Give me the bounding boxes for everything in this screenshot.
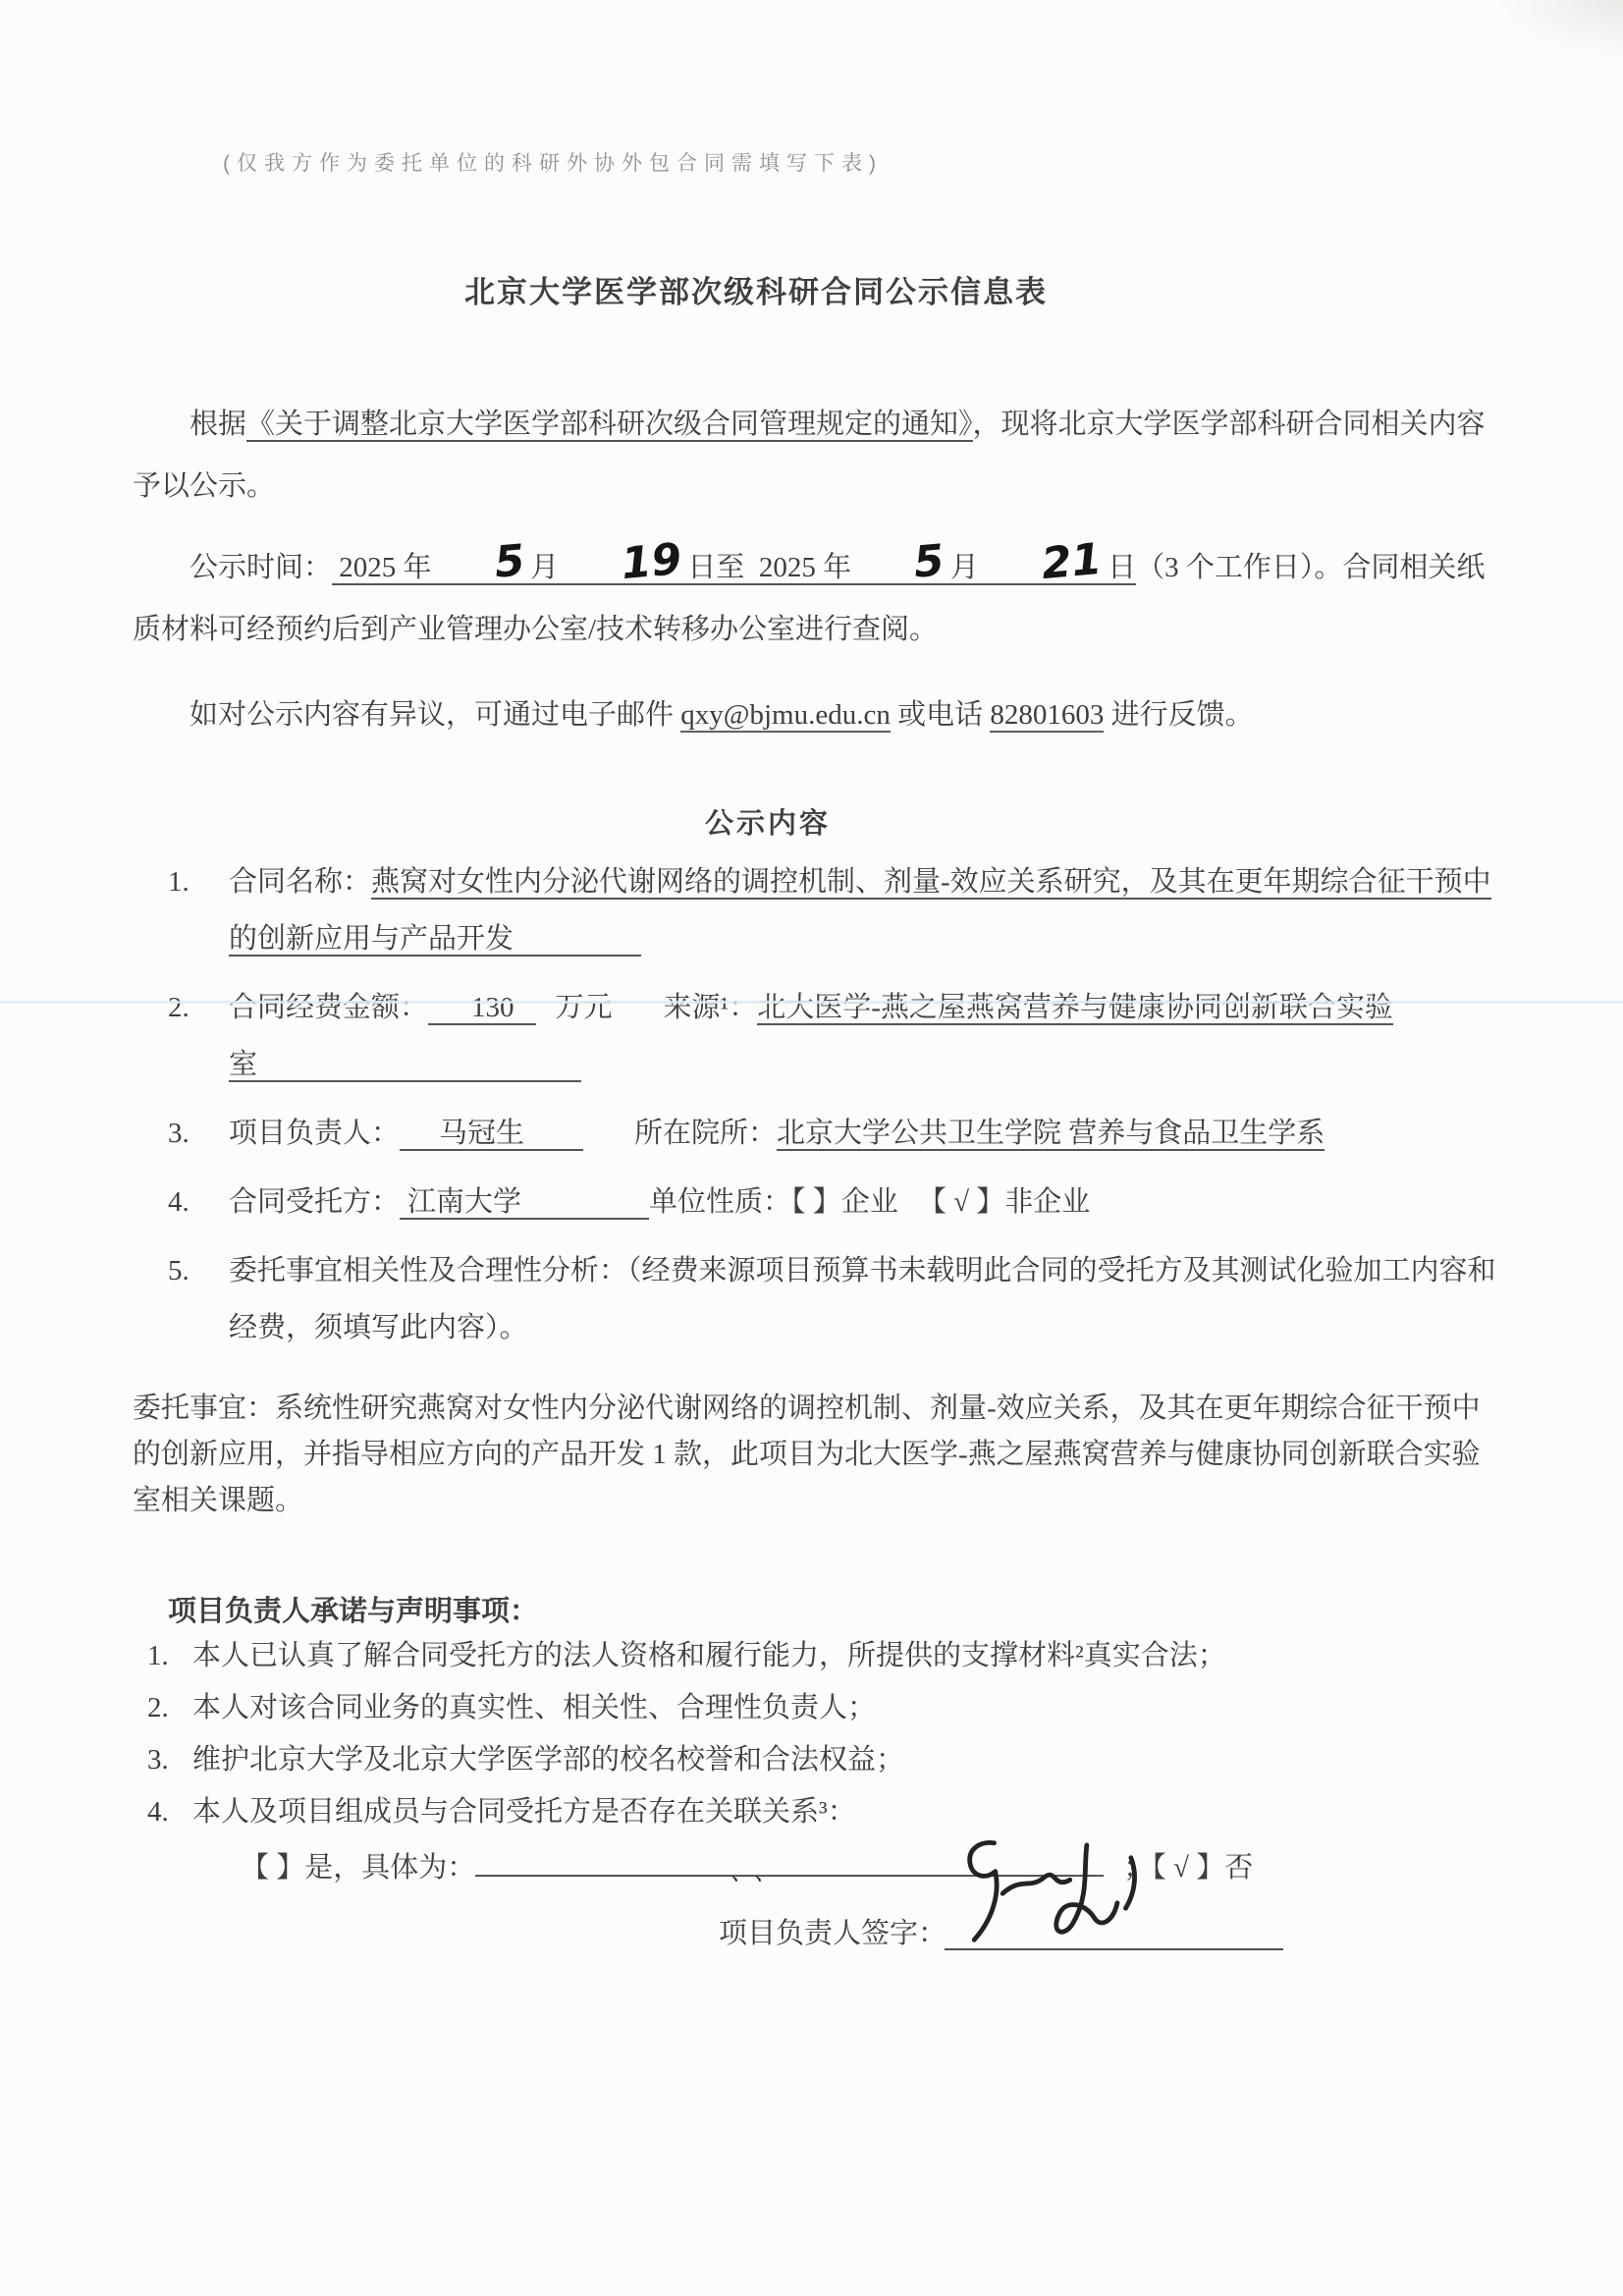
notice-reference: 《关于调整北京大学医学部科研次级合同管理规定的通知》 (246, 409, 973, 442)
declaration-item: 4. 本人及项目组成员与合同受托方是否存在关联关系³： (133, 1786, 1505, 1837)
entrust-paragraph: 委托事宜：系统性研究燕窝对女性内分泌代谢网络的调控机制、剂量-效应关系，及其在更… (133, 1386, 1505, 1524)
contract-name-value: 燕窝对女性内分泌代谢网络的调控机制、剂量-效应关系研究，及其在更年期综合征干预中… (229, 866, 1491, 957)
item-body: 合同受托方：江南大学单位性质：【 】企业【 √ 】非企业 (229, 1174, 1505, 1230)
trustee-label: 合同受托方： (229, 1186, 400, 1218)
form-scope-note: (仅我方作为委托单位的科研外协外包合同需填写下表) (223, 147, 1505, 177)
declaration-item: 3. 维护北京大学及北京大学医学部的校名校誉和合法权益； (133, 1734, 1505, 1785)
signature-handwriting (937, 1832, 1212, 1950)
intro-lead: 根据 (189, 409, 246, 440)
feedback-phone: 82801603 (990, 699, 1104, 733)
contract-name-label: 合同名称： (229, 866, 371, 898)
start-year: 2025 年 (339, 552, 431, 583)
end-day-handwritten: 21 (979, 559, 1108, 570)
signature-label: 项目负责人签字： (719, 1911, 947, 1951)
item-number: 3. (133, 1105, 229, 1162)
form-title: 北京大学医学部次级科研合同公示信息表 (70, 267, 1442, 311)
feedback-line: 如对公示内容有异议，可通过电子邮件 qxy@bjmu.edu.cn 或电话 82… (133, 684, 1505, 746)
item-trustee: 4. 合同受托方：江南大学单位性质：【 】企业【 √ 】非企业 (133, 1174, 1505, 1230)
pi-name-value: 马冠生 (400, 1118, 583, 1151)
trustee-value: 江南大学 (400, 1186, 649, 1220)
item-number: 4. (133, 1174, 229, 1230)
yes-label: 是，具体为： (304, 1852, 475, 1884)
period-start-date: 2025 年5月19日至 (332, 552, 744, 585)
item-principal-investigator: 3. 项目负责人：马冠生所在院所：北京大学公共卫生学院 营养与食品卫生学系 (133, 1105, 1505, 1162)
pi-label: 项目负责人： (229, 1118, 400, 1149)
handwritten-marks: 、、 (730, 1852, 789, 1886)
enterprise-option-label: 企业 (841, 1186, 898, 1218)
non-enterprise-option-label: 非企业 (1004, 1186, 1090, 1218)
start-day-handwritten: 19 (559, 559, 687, 570)
yes-checkbox: 【 】 (241, 1852, 304, 1884)
declaration-heading: 项目负责人承诺与声明事项： (133, 1589, 1505, 1629)
declaration-text: 维护北京大学及北京大学医学部的校名校誉和合法权益； (192, 1734, 904, 1785)
end-month-handwritten: 5 (851, 561, 949, 570)
pi-dept-label: 所在院所： (634, 1118, 777, 1149)
non-enterprise-checkbox-checked: 【 √ 】 (918, 1186, 1004, 1218)
item-number: 4. (133, 1786, 192, 1837)
signature-block: 、、 项目负责人签字： (719, 1838, 1347, 1986)
section-heading: 公示内容 (81, 801, 1454, 842)
item-analysis: 5. 委托事宜相关性及合理性分析：（经费来源项目预算书未载明此合同的受托方及其测… (133, 1242, 1505, 1356)
nature-label: 单位性质： (649, 1186, 791, 1218)
scanned-form-page: (仅我方作为委托单位的科研外协外包合同需填写下表) 北京大学医学部次级科研合同公… (0, 0, 1623, 2296)
funding-source-label: 来源¹： (664, 992, 758, 1023)
funding-unit: 万元 (556, 992, 613, 1023)
declaration-text: 本人对该合同业务的真实性、相关性、合理性负责人； (192, 1682, 876, 1733)
item-body: 项目负责人：马冠生所在院所：北京大学公共卫生学院 营养与食品卫生学系 (229, 1105, 1505, 1162)
scan-artifact-line (0, 1001, 1623, 1004)
item-contract-name: 1. 合同名称：燕窝对女性内分泌代谢网络的调控机制、剂量-效应关系研究，及其在更… (133, 853, 1505, 967)
start-month-label: 月 (530, 552, 559, 583)
analysis-text: 委托事宜相关性及合理性分析：（经费来源项目预算书未载明此合同的受托方及其测试化验… (229, 1242, 1505, 1356)
item-number: 5. (133, 1242, 229, 1356)
start-day-label: 日至 (687, 552, 744, 583)
item-body: 合同名称：燕窝对女性内分泌代谢网络的调控机制、剂量-效应关系研究，及其在更年期综… (229, 853, 1505, 967)
item-number: 2. (133, 979, 229, 1093)
funding-amount-value: 130 (428, 992, 536, 1025)
item-number: 2. (133, 1682, 192, 1733)
end-month-label: 月 (950, 552, 979, 583)
declaration-text: 本人及项目组成员与合同受托方是否存在关联关系³： (192, 1786, 856, 1837)
scan-smudge (1495, 0, 1623, 59)
end-year: 2025 年 (759, 552, 851, 583)
feedback-mid: 或电话 (891, 699, 991, 731)
item-number: 1. (133, 853, 229, 967)
declaration-text: 本人已认真了解合同受托方的法人资格和履行能力，所提供的支撑材料²真实合法； (192, 1630, 1226, 1681)
item-number: 1. (133, 1630, 192, 1681)
declaration-item: 2. 本人对该合同业务的真实性、相关性、合理性负责人； (133, 1682, 1505, 1733)
declaration-item: 1. 本人已认真了解合同受托方的法人资格和履行能力，所提供的支撑材料²真实合法； (133, 1630, 1505, 1681)
pi-dept-value: 北京大学公共卫生学院 营养与食品卫生学系 (777, 1118, 1325, 1151)
feedback-email: qxy@bjmu.edu.cn (680, 699, 891, 733)
enterprise-checkbox: 【 】 (791, 1186, 841, 1218)
period-end-date: 2025 年5月21日 (744, 552, 1136, 585)
feedback-prefix: 如对公示内容有异议，可通过电子邮件 (189, 699, 680, 731)
item-number: 3. (133, 1734, 192, 1785)
end-day-label: 日 (1108, 552, 1136, 583)
item-body: 合同经费金额：130万元来源¹：北大医学-燕之屋燕窝营养与健康协同创新联合实验室 (229, 979, 1505, 1093)
period-label: 公示时间： (189, 552, 332, 583)
signature-line (945, 1948, 1283, 1950)
page-content: (仅我方作为委托单位的科研外协外包合同需填写下表) 北京大学医学部次级科研合同公… (0, 147, 1623, 1894)
publicity-period-line: 公示时间： 2025 年5月19日至 2025 年5月21日（3 个工作日）。合… (133, 537, 1505, 661)
funding-label: 合同经费金额： (229, 992, 428, 1023)
feedback-suffix: 进行反馈。 (1104, 699, 1253, 731)
intro-paragraph: 根据《关于调整北京大学医学部科研次级合同管理规定的通知》，现将北京大学医学部科研… (133, 394, 1505, 518)
start-month-handwritten: 5 (432, 561, 530, 570)
item-funding: 2. 合同经费金额：130万元来源¹：北大医学-燕之屋燕窝营养与健康协同创新联合… (133, 979, 1505, 1093)
